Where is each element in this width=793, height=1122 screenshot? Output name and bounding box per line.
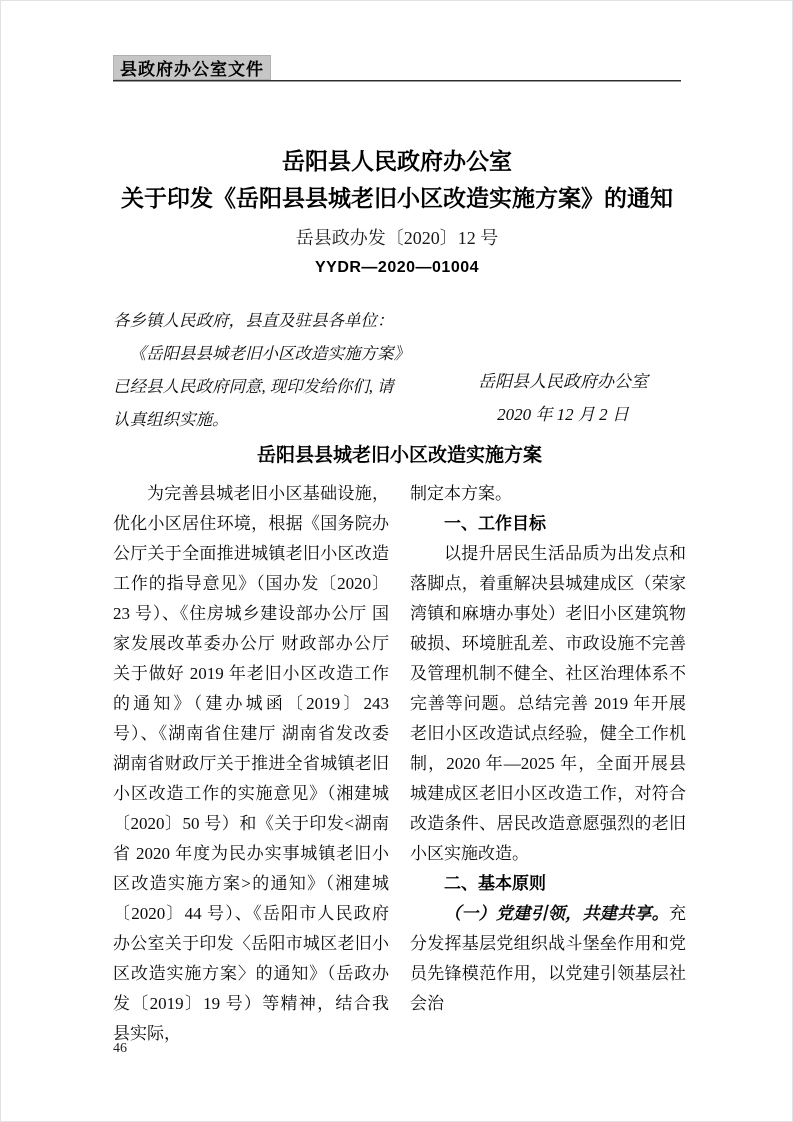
plan-intro-paragraph: 为完善县城老旧小区基础设施，优化小区居住环境，根据《国务院办公厅关于全面推进城镇… [113,479,389,1049]
section-2-item-1-lead: （一）党建引领，共建共享。 [444,904,669,923]
section-1-heading: 一、工作目标 [410,509,686,539]
plan-body-left-column: 为完善县城老旧小区基础设施，优化小区居住环境，根据《国务院办公厅关于全面推进城镇… [113,479,389,1049]
document-code: YYDR—2020—01004 [101,256,693,280]
plan-intro-continuation: 制定本方案。 [410,479,686,509]
letterhead-rule [113,80,681,82]
section-2-heading: 二、基本原则 [410,869,686,899]
plan-body: 为完善县城老旧小区基础设施，优化小区居住环境，根据《国务院办公厅关于全面推进城镇… [113,479,686,1049]
page-number: 46 [113,1041,127,1057]
title-block: 岳阳县人民政府办公室 关于印发《岳阳县县城老旧小区改造实施方案》的通知 岳县政办… [101,143,693,280]
document-title-line1: 岳阳县人民政府办公室 [101,143,693,180]
notice-addressee: 各乡镇人民政府，县直及驻县各单位： [113,304,405,337]
document-number: 岳县政办发〔2020〕12 号 [101,224,693,252]
plan-title: 岳阳县县城老旧小区改造实施方案 [113,440,686,467]
section-2-item-1: （一）党建引领，共建共享。充分发挥基层党组织战斗堡垒作用和党员先锋模范作用，以党… [410,899,686,1019]
document-title-line2: 关于印发《岳阳县县城老旧小区改造实施方案》的通知 [101,180,693,217]
notice-body: 《岳阳县县城老旧小区改造实施方案》已经县人民政府同意, 现印发给你们, 请认真组… [113,337,405,436]
signature-office: 岳阳县人民政府办公室 [463,365,663,398]
signature-block: 岳阳县人民政府办公室 2020 年 12 月 2 日 [463,365,663,431]
document-page: 县政府办公室文件 岳阳县人民政府办公室 关于印发《岳阳县县城老旧小区改造实施方案… [0,0,793,1122]
notice-block: 各乡镇人民政府，县直及驻县各单位： 《岳阳县县城老旧小区改造实施方案》已经县人民… [113,304,405,436]
plan-body-right-column: 制定本方案。 一、工作目标 以提升居民生活品质为出发点和落脚点，着重解决县城建成… [410,479,686,1049]
section-1-body: 以提升居民生活品质为出发点和落脚点，着重解决县城建成区（荣家湾镇和麻塘办事处）老… [410,539,686,869]
signature-date: 2020 年 12 月 2 日 [463,398,663,431]
letterhead-label-box: 县政府办公室文件 [113,55,271,80]
letterhead-label: 县政府办公室文件 [120,55,264,80]
